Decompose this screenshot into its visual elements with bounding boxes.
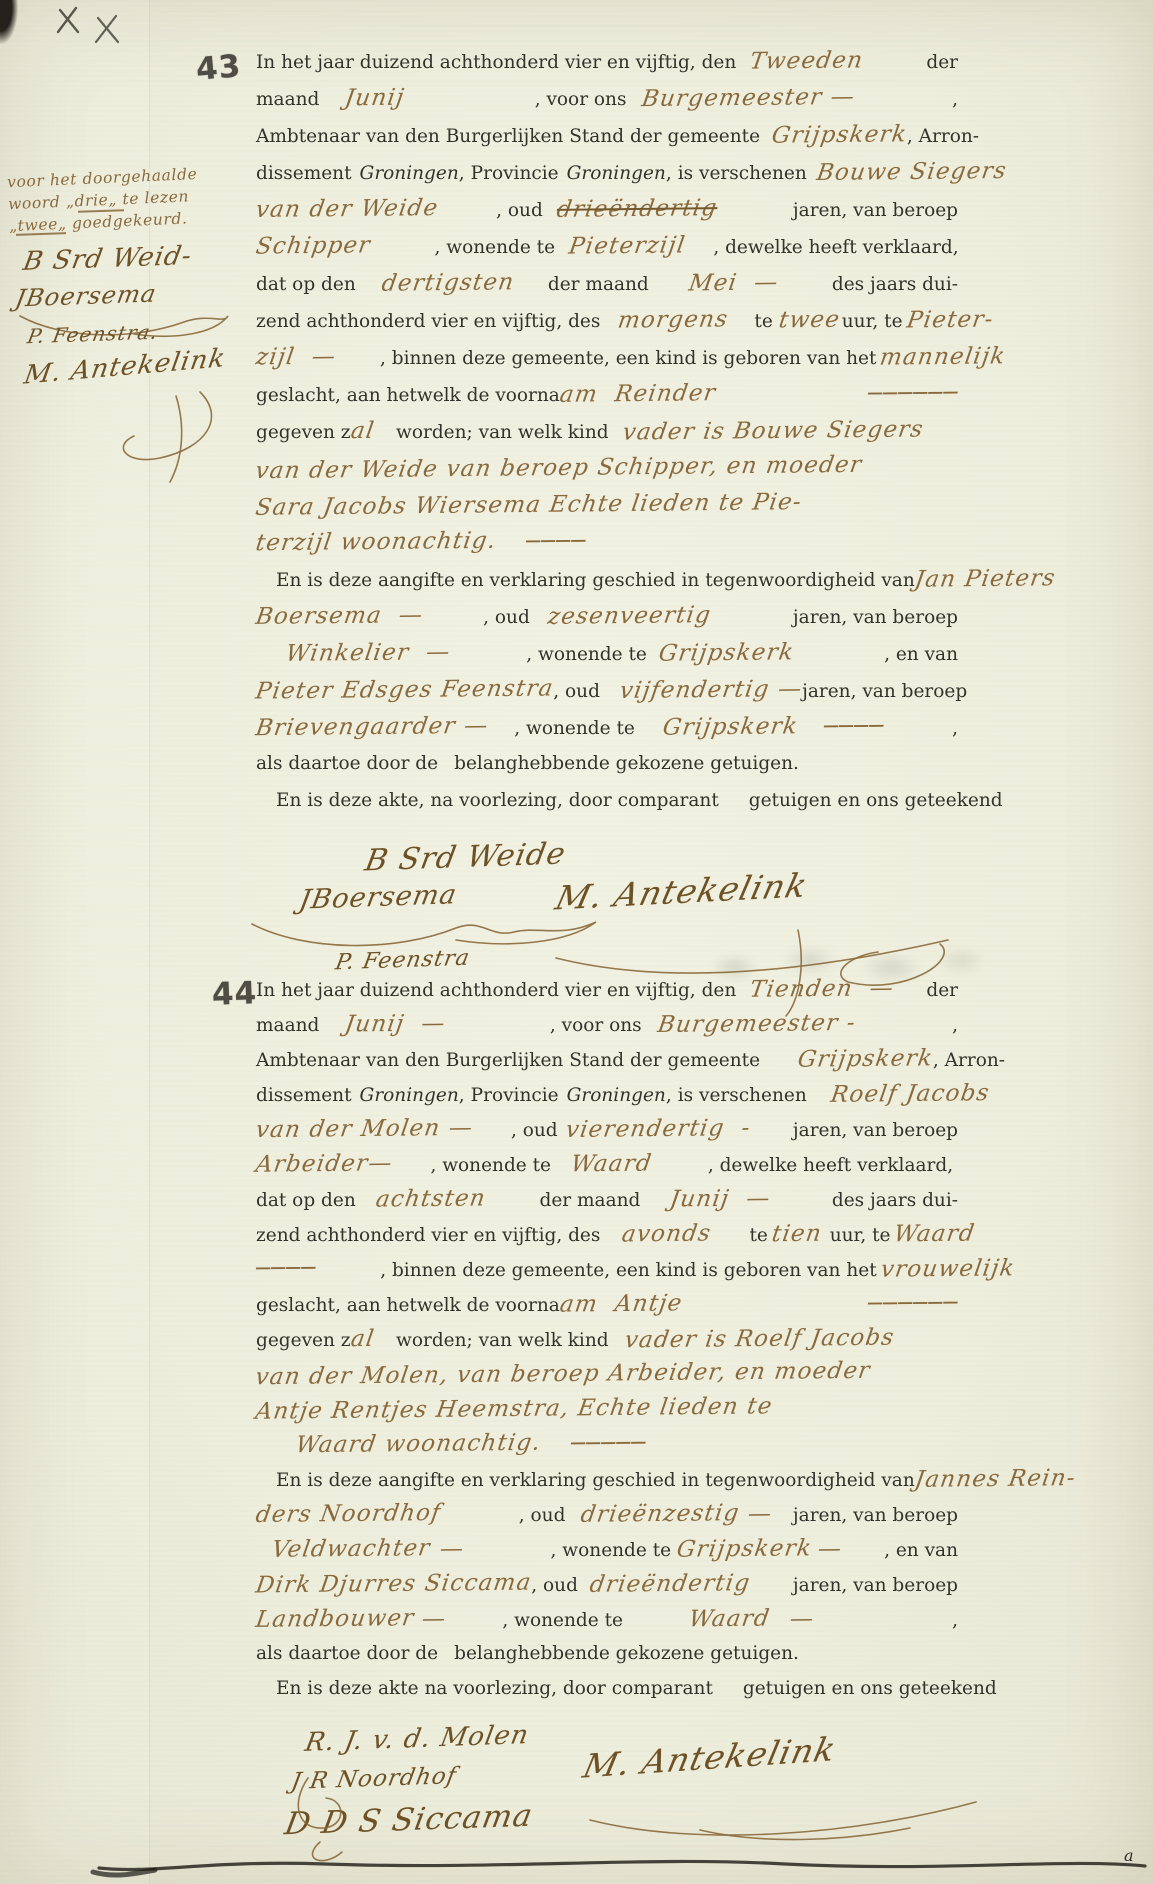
handwritten-text: Veldwachter (270, 1537, 432, 1562)
printed-text: , oud (511, 1120, 558, 1141)
record-line: Antje Rentjes Heemstra, Echte lieden te (256, 1398, 958, 1433)
record-line: zend achthonderd vier en vijftig, desavo… (256, 1223, 958, 1258)
blank-space (713, 1693, 743, 1694)
printed-text: , wonende te (526, 644, 647, 665)
printed-text: dissement (256, 1085, 352, 1106)
printed-text: uur, te (842, 311, 903, 332)
blank-space (822, 1240, 830, 1241)
printed-text: , en van (884, 644, 958, 665)
page-bottom-edge (85, 1848, 1153, 1884)
printed-text: gegeven z (256, 1330, 351, 1351)
printed-text: , voor ons (535, 89, 627, 110)
handwritten-text: Grijpskerk (675, 1537, 813, 1561)
blank-space (496, 548, 526, 549)
printed-text: te (749, 1225, 767, 1246)
printed-text: Groningen (567, 163, 666, 184)
printed-text: Ambtenaar van den Burgerlijken Stand der… (256, 1050, 760, 1071)
handwritten-text: Pieterzijl (567, 234, 687, 258)
blank-space (405, 104, 535, 105)
handwritten-text: Waard woonachtig. (294, 1432, 543, 1458)
printed-text: , wonende te (502, 1610, 623, 1631)
printed-text: , Arron- (907, 126, 979, 147)
handwritten-text: Junij (344, 87, 407, 111)
record-line: In het jaar duizend achthonderd vier en … (256, 978, 958, 1013)
handwritten-text: ──── (822, 716, 886, 740)
printed-text: dissement (256, 163, 352, 184)
printed-text: En is deze akte na voorlezing, door comp… (276, 1678, 713, 1699)
blank-space (256, 585, 276, 586)
handwritten-text: Tweeden (748, 49, 865, 73)
handwritten-text: — (420, 1608, 448, 1631)
handwritten-text: morgens (617, 308, 731, 332)
record-line: ders Noordhof, ouddrieënzestig—jaren, va… (256, 1503, 958, 1538)
printed-text: getuigen en ons geteekend (743, 1678, 997, 1699)
record-43-body: In het jaar duizend achthonderd vier en … (256, 50, 958, 827)
printed-text: , Arron- (933, 1050, 1005, 1071)
printed-text: der maand (540, 1190, 641, 1211)
blank-space (256, 1485, 276, 1486)
printed-text: geslacht, aan hetwelk de voorna (256, 385, 560, 406)
record-line: terzijl woonachtig.──── (256, 531, 958, 568)
blank-space (652, 1170, 708, 1171)
margin-signature-witness2: P. Feenstra. (25, 320, 160, 349)
handwritten-text: Sara Jacobs Wiersema Echte lieden te Pie… (254, 491, 804, 520)
blank-space (642, 1030, 658, 1031)
blank-space (543, 215, 557, 216)
record-line: En is deze aangifte en verklaring geschi… (256, 1468, 958, 1503)
handwritten-text: van der Molen, van beroep Arbeider, en m… (254, 1360, 872, 1389)
printed-text: te (754, 311, 772, 332)
record-line: En is deze aangifte en verklaring geschi… (256, 568, 958, 605)
margin-signature-comparant: B Srd Weid- (21, 241, 195, 277)
blank-space (446, 1030, 550, 1031)
printed-text: , oud (483, 607, 530, 628)
record-line: Arbeider—, wonende teWaard, dewelke heef… (256, 1153, 958, 1188)
record-line: Veldwachter—, wonende teGrijpskerk—, en … (256, 1538, 958, 1573)
handwritten-text: vierendertig - (564, 1117, 752, 1142)
record44-signature-comparant: R. J. v. d. Molen (303, 1720, 532, 1758)
handwritten-text: avonds (621, 1223, 714, 1247)
printed-text: dat op den (256, 274, 356, 295)
record44-signature-officer: M. Antekelink (580, 1729, 840, 1785)
record44-signature-witness2: D D S Siccama (282, 1798, 536, 1843)
handwritten-text: al (349, 420, 376, 443)
record-line: Dirk Djurres Siccama, ouddrieëndertigjar… (256, 1573, 958, 1608)
handwritten-text: Jannes Rein- (913, 1467, 1077, 1492)
handwritten-text: vader is Roelf Jacobs (623, 1327, 896, 1353)
record-line: Sara Jacobs Wiersema Echte lieden te Pie… (256, 494, 958, 531)
blank-space (541, 1450, 571, 1451)
blank-space (356, 1205, 376, 1206)
printed-text: , oud (553, 681, 600, 702)
printed-text: jaren, van beroep (793, 200, 958, 221)
record-line: geslacht, aan hetwelk de voornaam Antje─… (256, 1293, 958, 1328)
printed-text: , oud (519, 1505, 566, 1526)
blank-space (770, 1625, 790, 1626)
blank-space (711, 1240, 749, 1241)
handwritten-text: vader is Bouwe Siegers (621, 418, 925, 444)
blank-space (640, 1205, 670, 1206)
record-44-body: In het jaar duizend achthonderd vier en … (256, 978, 958, 1713)
printed-text: , (952, 718, 958, 739)
blank-space (719, 805, 749, 806)
printed-text: In het jaar duizend achthonderd vier en … (256, 980, 736, 1001)
handwritten-text: ────── (866, 383, 960, 407)
record43-signature-witness2: P. Feenstra (333, 946, 472, 976)
handwritten-text: zesenveertig (546, 604, 713, 629)
handwritten-text: Antje Rentjes Heemstra, Echte lieden te (254, 1395, 774, 1423)
printed-text: uur, te (830, 1225, 891, 1246)
handwritten-text: — (746, 1503, 774, 1526)
handwritten-text: van der Weide van beroep Schipper, en mo… (254, 454, 864, 483)
printed-text: jaren, van beroep (802, 681, 967, 702)
blank-space (807, 1100, 831, 1101)
printed-text: Ambtenaar van den Burgerlijken Stand der… (256, 126, 760, 147)
blank-space (392, 1170, 430, 1171)
record-line: En is deze akte na voorlezing, door comp… (256, 1678, 958, 1713)
record-line: maandJunij, voor onsBurgemeester —, (256, 87, 958, 124)
handwritten-text: Roelf Jacobs (829, 1082, 991, 1107)
blank-space (438, 1658, 454, 1659)
record43-signature-witness1: JBoersema (297, 879, 460, 915)
blank-space (530, 622, 548, 623)
handwritten-text: — (816, 1538, 844, 1561)
record-line: van der Weide, ouddrieëndertigjaren, van… (256, 198, 958, 235)
printed-text: jaren, van beroep (793, 1120, 958, 1141)
handwritten-text: Dirk Djurres Siccama (254, 1572, 533, 1598)
handwritten-text: Waard (569, 1153, 653, 1177)
printed-text: getuigen en ons geteekend (749, 790, 1003, 811)
printed-text: jaren, van beroep (793, 1575, 958, 1596)
handwritten-text: Grijpskerk (661, 715, 799, 739)
blank-space (438, 768, 454, 769)
handwritten-text: Junij — (344, 1012, 448, 1036)
printed-text: , wonende te (430, 1155, 551, 1176)
handwritten-text: Junij — (669, 1187, 773, 1211)
printed-text: der maand (548, 274, 649, 295)
handwritten-text: — (788, 1608, 816, 1631)
record-line: Ambtenaar van den Burgerlijken Stand der… (256, 1048, 958, 1083)
record44-signature-witness1: J R Noordhof (289, 1763, 459, 1795)
handwritten-text: drieëndertig (555, 197, 719, 222)
blank-space (623, 1625, 689, 1626)
printed-text: , (952, 1015, 958, 1036)
printed-text: des jaars dui- (832, 1190, 958, 1211)
printed-text: , wonende te (514, 718, 635, 739)
handwritten-text: Bouwe Siegers (815, 160, 1008, 185)
record-line: van der Weide van beroep Schipper, en mo… (256, 457, 958, 494)
blank-space (760, 1065, 798, 1066)
handwritten-text: tien (770, 1223, 823, 1247)
handwritten-text: vijfendertig — (618, 678, 804, 703)
printed-text: jaren, van beroep (793, 607, 958, 628)
blank-space (488, 733, 514, 734)
printed-text: der (926, 52, 958, 73)
blank-space (352, 178, 360, 179)
printed-text: En is deze aangifte en verklaring geschi… (276, 1470, 915, 1491)
blank-space (370, 252, 434, 253)
printed-text: , (459, 163, 465, 184)
record-line: Ambtenaar van den Burgerlijken Stand der… (256, 124, 958, 161)
handwritten-text: Winkelier — (284, 641, 452, 666)
blank-space (319, 1030, 345, 1031)
printed-text: geslacht, aan hetwelk de voorna (256, 1295, 560, 1316)
blank-space (336, 363, 380, 364)
printed-text: des jaars dui- (832, 274, 958, 295)
printed-text: En is deze akte, na voorlezing, door com… (276, 790, 719, 811)
handwritten-text: am Reinder (558, 382, 717, 407)
record-line: maandJunij —, voor onsBurgemeester -, (256, 1013, 958, 1048)
record-line: ────, binnen deze gemeente, een kind is … (256, 1258, 958, 1293)
blank-space (356, 289, 382, 290)
printed-text: , (952, 1610, 958, 1631)
handwritten-text: Waard (687, 1608, 771, 1632)
handwritten-text: Grijpskerk (796, 1047, 934, 1071)
printed-text: En is deze aangifte en verklaring geschi… (276, 570, 915, 591)
blank-space (256, 1450, 296, 1451)
record-line: geslacht, aan hetwelk de voornaam Reinde… (256, 383, 958, 420)
blank-space (609, 437, 623, 438)
handwritten-text: van der Weide (254, 197, 440, 222)
record-line: Brievengaarder —, wonende teGrijpskerk──… (256, 716, 958, 753)
handwritten-text: ───── (569, 1433, 648, 1457)
printed-text: , dewelke heeft verklaard, (713, 237, 958, 258)
blank-space (473, 1135, 511, 1136)
handwritten-text: mannelijk (879, 345, 1008, 369)
handwritten-text: Schipper (254, 234, 372, 258)
record-line: In het jaar duizend achthonderd vier en … (256, 50, 958, 87)
record-line: Schipper, wonende tePieterzijl, dewelke … (256, 235, 958, 272)
printed-text: Groningen (567, 1085, 666, 1106)
printed-text: Groningen (360, 1085, 459, 1106)
blank-space (450, 659, 526, 660)
blank-space (441, 1520, 519, 1521)
handwritten-text: Pieter Edsges Feenstra (254, 677, 555, 703)
handwritten-text: dertigsten (380, 271, 516, 295)
blank-space (316, 1275, 380, 1276)
printed-text: is verschenen (678, 1085, 807, 1106)
printed-text: , oud (496, 200, 543, 221)
printed-text: , dewelke heeft verklaard, (708, 1155, 953, 1176)
blank-space (438, 215, 496, 216)
blank-space (423, 622, 483, 623)
handwritten-text: ──── (524, 531, 588, 555)
handwritten-text: vrouwelijk (879, 1257, 1016, 1281)
handwritten-text: ──── (254, 1258, 318, 1282)
printed-text: belanghebbende gekozene getuigen. (454, 1643, 799, 1664)
blank-space (319, 104, 345, 105)
record43-signature-comparant: B Srd Weide (362, 837, 568, 879)
printed-text: , binnen deze gemeente, een kind is gebo… (380, 1260, 876, 1281)
handwritten-text: van der Molen — (254, 1117, 475, 1142)
printed-text: , wonende te (551, 1540, 672, 1561)
printed-text: gegeven z (256, 422, 351, 443)
handwritten-text: Grijpskerk (770, 123, 908, 147)
printed-text: als daartoe door de (256, 753, 438, 774)
printed-text: , oud (531, 1575, 578, 1596)
record-line: Landbouwer—, wonende teWaard—, (256, 1608, 958, 1643)
document-page: a 43 44 voor het doorgehaaldewoord „drie… (0, 0, 1153, 1884)
printed-text: is verschenen (678, 163, 807, 184)
printed-text: , (459, 1085, 465, 1106)
printed-text: als daartoe door de (256, 1643, 438, 1664)
handwritten-text: Tienden — (748, 977, 896, 1002)
corner-annotation: a (1124, 1846, 1134, 1865)
printed-text: zend achthonderd vier en vijftig, des (256, 1225, 600, 1246)
ink-blot (0, 0, 18, 44)
record-number-43: 43 (195, 48, 243, 88)
blank-space (374, 1345, 396, 1346)
printed-text: , (666, 163, 672, 184)
blank-space (256, 659, 286, 660)
handwritten-text: ────── (866, 1293, 960, 1317)
printed-text: , binnen deze gemeente, een kind is gebo… (380, 348, 876, 369)
handwritten-text: Boersema — (254, 604, 425, 629)
blank-space (609, 1345, 625, 1346)
handwritten-text: Brievengaarder — (254, 715, 490, 740)
blank-space (514, 289, 548, 290)
handwritten-text: al (349, 1328, 376, 1351)
printed-text: der (926, 980, 958, 1001)
blank-space (256, 805, 276, 806)
handwritten-text: Mei — (687, 272, 780, 296)
record-number-44: 44 (211, 975, 257, 1013)
record-line: dat op dendertigstender maandMei —des ja… (256, 272, 958, 309)
printed-text: jaren, van beroep (793, 1505, 958, 1526)
printed-text: Groningen (360, 163, 459, 184)
blank-space (256, 1693, 276, 1694)
record-line: Waard woonachtig.───── (256, 1433, 958, 1468)
printed-text: dat op den (256, 1190, 356, 1211)
record-line: dissementGroningen,ProvincieGroningen,is… (256, 161, 958, 198)
handwritten-text: zijl — (254, 346, 338, 370)
printed-text: maand (256, 89, 319, 110)
handwritten-text: ders Noordhof (254, 1502, 442, 1527)
record-line: dat op denachtstender maandJunij —des ja… (256, 1188, 958, 1223)
record43-signature-officer: M. Antekelink (552, 866, 812, 918)
blank-space (600, 1240, 622, 1241)
printed-text: , (952, 89, 958, 110)
record-line: van der Molen, van beroep Arbeider, en m… (256, 1363, 958, 1398)
handwritten-text: drieënzestig (580, 1502, 742, 1527)
handwritten-text: Waard (893, 1223, 977, 1247)
handwritten-text: Pieter- (905, 309, 995, 333)
printed-text: In het jaar duizend achthonderd vier en … (256, 52, 736, 73)
printed-text: , (666, 1085, 672, 1106)
margin-note: voor het doorgehaaldewoord „drie„ te lez… (7, 161, 250, 237)
record-line: Winkelier —, wonende teGrijpskerk, en va… (256, 642, 958, 679)
blank-space (600, 696, 620, 697)
printed-text: , wonende te (434, 237, 555, 258)
record-line: En is deze akte, na voorlezing, door com… (256, 790, 958, 827)
record-line: zend achthonderd vier en vijftig, desmor… (256, 309, 958, 346)
printed-text: worden; van welk kind (396, 1330, 609, 1351)
blank-space (635, 733, 663, 734)
blank-space (600, 326, 618, 327)
blank-space (352, 1100, 360, 1101)
record-line: zijl —, binnen deze gemeente, een kind i… (256, 346, 958, 383)
blank-space (649, 289, 689, 290)
printed-text: worden; van welk kind (396, 422, 609, 443)
record-line: als daartoe door debelanghebbende gekoze… (256, 753, 958, 790)
record-line: van der Molen —, oudvierendertig -jaren,… (256, 1118, 958, 1153)
handwritten-text: achtsten (374, 1187, 487, 1211)
record-line: dissementGroningen,ProvincieGroningen,is… (256, 1083, 958, 1118)
record-line: Pieter Edsges Feenstra, oudvijfendertig … (256, 679, 958, 716)
record-line: Boersema —, oudzesenveertigjaren, van be… (256, 605, 958, 642)
blank-space (446, 1625, 502, 1626)
signature-flourish (580, 1786, 1000, 1856)
printed-text: , en van (884, 1540, 958, 1561)
handwritten-text: twee (777, 309, 841, 333)
handwritten-text: drieëndertig (588, 1572, 752, 1597)
blank-space (798, 733, 824, 734)
blank-space (728, 326, 754, 327)
handwritten-text: — (439, 1538, 467, 1561)
record-line: als daartoe door debelanghebbende gekoze… (256, 1643, 958, 1678)
blank-space (559, 178, 567, 179)
handwritten-text: Arbeider— (254, 1152, 394, 1176)
blank-space (559, 1100, 567, 1101)
blank-space (465, 1555, 551, 1556)
printed-text: zend achthonderd vier en vijftig, des (256, 311, 600, 332)
blank-space (486, 1205, 540, 1206)
blank-space (374, 437, 396, 438)
handwritten-text: Landbouwer (254, 1607, 416, 1632)
blank-space (256, 1555, 272, 1556)
handwritten-text: Burgemeester — (641, 86, 858, 111)
margin-signature-witness1: JBoersema (13, 280, 159, 313)
handwritten-text: Grijpskerk (657, 641, 795, 665)
printed-text: belanghebbende gekozene getuigen. (454, 753, 799, 774)
printed-text: Provincie (471, 1085, 559, 1106)
printed-text: maand (256, 1015, 319, 1036)
handwritten-text: Jan Pieters (913, 567, 1057, 591)
handwritten-text: am Antje (558, 1292, 684, 1316)
printed-text: Provincie (471, 163, 559, 184)
blank-space (551, 1170, 571, 1171)
handwritten-text: Burgemeester - (656, 1012, 857, 1037)
blank-space (685, 252, 713, 253)
printed-text: , voor ons (550, 1015, 642, 1036)
handwritten-text: terzijl woonachtig. (254, 530, 498, 556)
